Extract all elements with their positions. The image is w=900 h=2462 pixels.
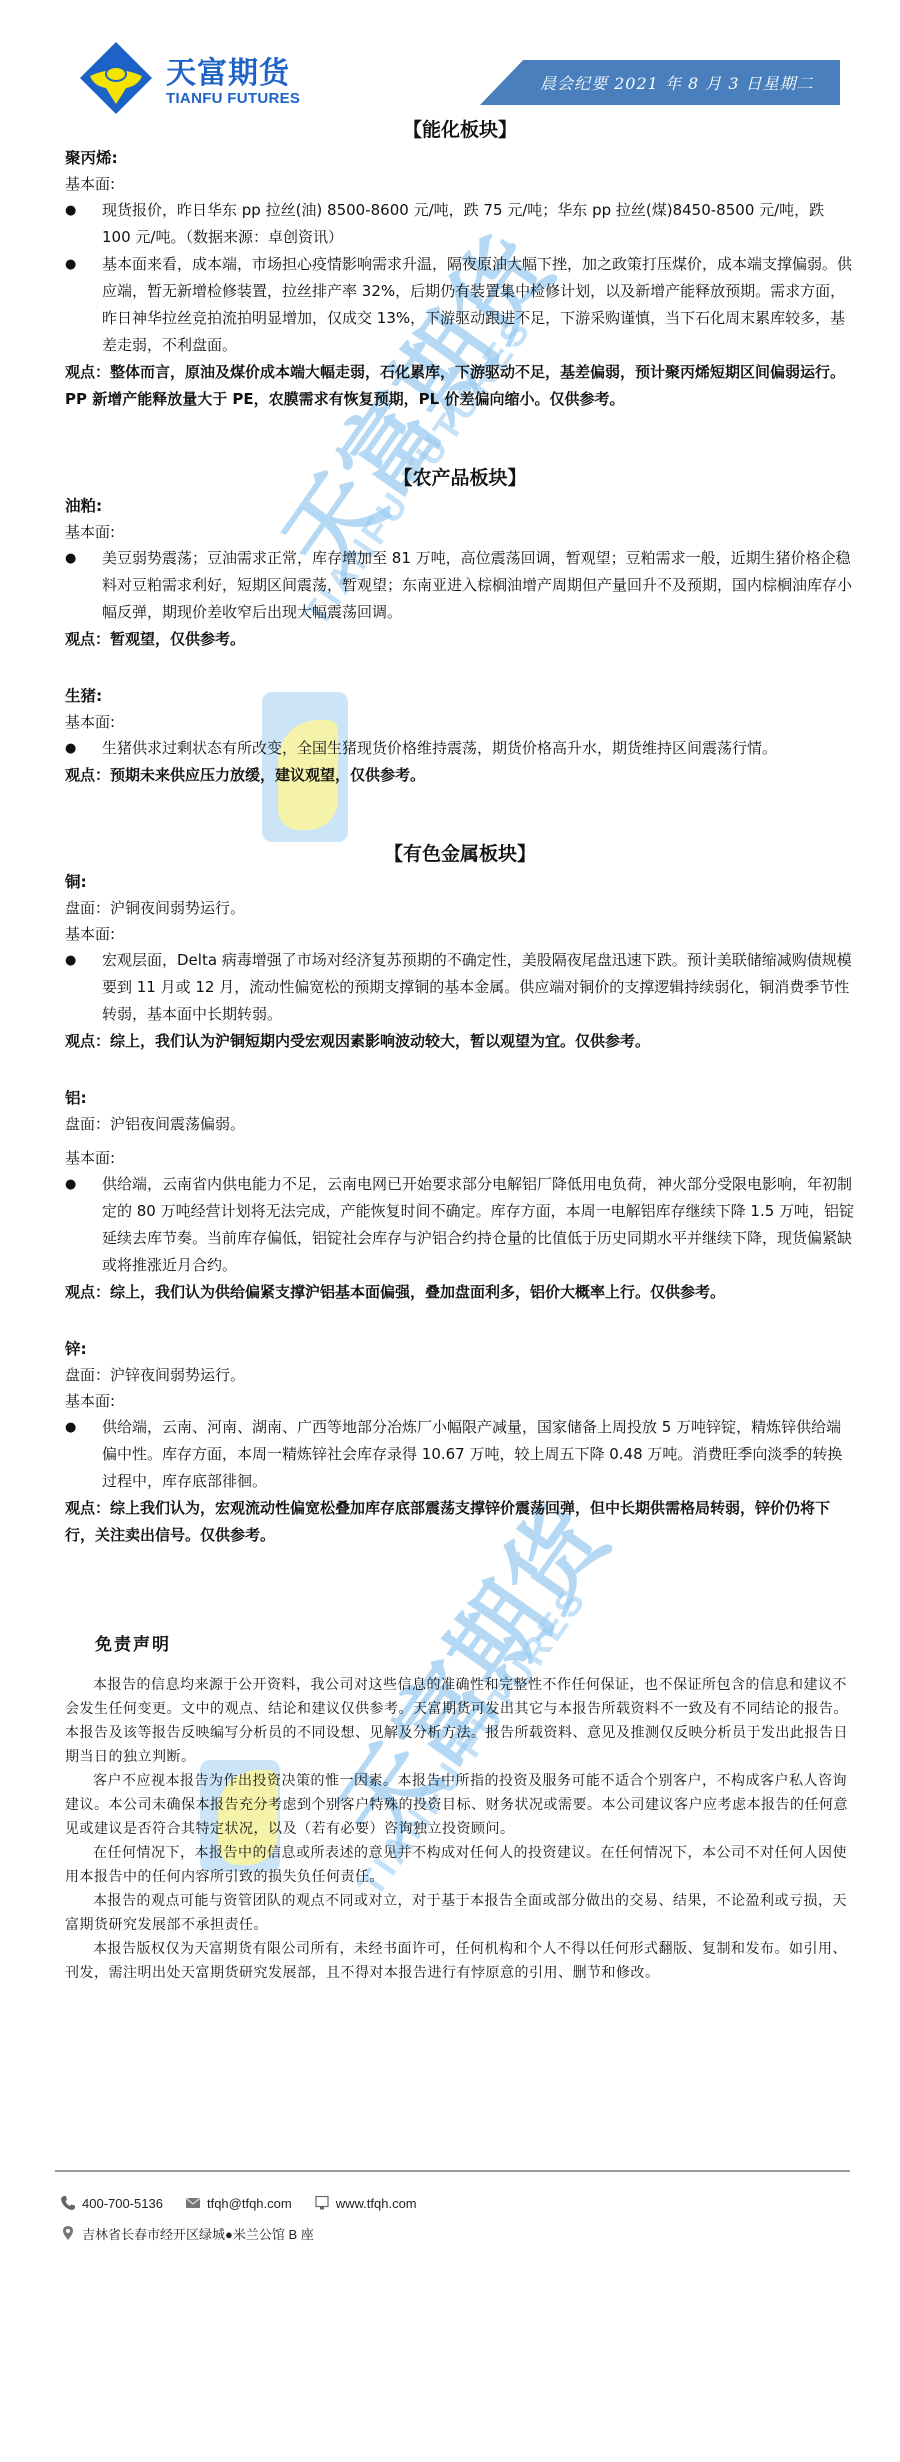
- report-content: 【能化板块】 聚丙烯: 基本面: 现货报价，昨日华东 pp 拉丝(油) 8500…: [65, 115, 855, 1549]
- footer-address: 吉林省长春市经开区绿城●米兰公馆 B 座: [60, 2224, 314, 2243]
- bullet-pp-spot-price: 现货报价，昨日华东 pp 拉丝(油) 8500-8600 元/吨，跌 75 元/…: [65, 197, 855, 251]
- bullet-pp-fundamentals: 基本面来看，成本端，市场担心疫情影响需求升温，隔夜原油大幅下挫，加之政策打压煤价…: [65, 251, 855, 359]
- market-copper: 盘面：沪铜夜间弱势运行。: [65, 895, 855, 921]
- address-text: 吉林省长春市经开区绿城●米兰公馆 B 座: [82, 2224, 314, 2243]
- item-title-polypropylene: 聚丙烯:: [65, 145, 855, 171]
- basic-label: 基本面:: [65, 921, 855, 947]
- phone-icon: [60, 2195, 76, 2211]
- market-aluminum: 盘面：沪铝夜间震荡偏弱。: [65, 1111, 855, 1137]
- report-page: 天富期货 TIANFU FUTURES 天富期货 TIANFU FUTURES …: [0, 0, 900, 2462]
- section-title-energy-chemical: 【能化板块】: [65, 115, 855, 145]
- view-oil-meal: 观点：暂观望，仅供参考。: [65, 626, 855, 653]
- bullet-copper: 宏观层面，Delta 病毒增强了市场对经济复苏预期的不确定性，美股隔夜尾盘迅速下…: [65, 947, 855, 1028]
- bullet-zinc: 供给端，云南、河南、湖南、广西等地部分冶炼厂小幅限产减量，国家储备上周投放 5 …: [65, 1414, 855, 1495]
- phone-number: 400-700-5136: [82, 2196, 163, 2211]
- location-pin-icon: [60, 2225, 76, 2241]
- basic-label: 基本面:: [65, 1145, 855, 1171]
- disclaimer-title: 免责声明: [95, 1630, 855, 1655]
- monitor-icon: [314, 2195, 330, 2211]
- disclaimer-paragraph: 本报告的观点可能与资管团队的观点不同或对立，对于基于本报告全面或部分做出的交易、…: [65, 1889, 855, 1937]
- logo-text-cn: 天富期货: [166, 48, 290, 92]
- view-zinc: 观点：综上我们认为，宏观流动性偏宽松叠加库存底部震荡支撑锌价震荡回弹，但中长期供…: [65, 1495, 855, 1549]
- basic-label: 基本面:: [65, 709, 855, 735]
- section-title-agriculture: 【农产品板块】: [65, 463, 855, 493]
- bullet-live-hog: 生猪供求过剩状态有所改变，全国生猪现货价格维持震荡，期货价格高升水，期货维持区间…: [65, 735, 855, 762]
- footer-phone: 400-700-5136: [60, 2195, 163, 2211]
- tianfu-logo-icon: [80, 42, 152, 114]
- view-pp: 观点：整体而言，原油及煤价成本端大幅走弱，石化累库，下游驱动不足，基差偏弱，预计…: [65, 359, 855, 413]
- disclaimer-paragraph: 本报告版权仅为天富期货有限公司所有，未经书面许可，任何机构和个人不得以任何形式翻…: [65, 1937, 855, 1985]
- disclaimer-paragraph: 本报告的信息均来源于公开资料，我公司对这些信息的准确性和完整性不作任何保证，也不…: [65, 1673, 855, 1769]
- view-copper: 观点：综上，我们认为沪铜短期内受宏观因素影响波动较大，暂以观望为宜。仅供参考。: [65, 1028, 855, 1055]
- disclaimer: 免责声明 本报告的信息均来源于公开资料，我公司对这些信息的准确性和完整性不作任何…: [65, 1630, 855, 1985]
- view-aluminum: 观点：综上，我们认为供给偏紧支撑沪铝基本面偏强，叠加盘面利多，铝价大概率上行。仅…: [65, 1279, 855, 1306]
- company-logo: 天富期货 TIANFU FUTURES: [80, 40, 320, 120]
- email-address[interactable]: tfqh@tfqh.com: [207, 2196, 292, 2211]
- basic-label: 基本面:: [65, 1388, 855, 1414]
- disclaimer-paragraph: 客户不应视本报告为作出投资决策的惟一因素。本报告中所指的投资及服务可能不适合个别…: [65, 1769, 855, 1841]
- view-live-hog: 观点：预期未来供应压力放缓，建议观望，仅供参考。: [65, 762, 855, 789]
- date-banner-text: 晨会纪要 2021 年 8 月 3 日星期二: [540, 71, 814, 94]
- bullet-oil-meal: 美豆弱势震荡；豆油需求正常，库存增加至 81 万吨，高位震荡回调，暂观望；豆粕需…: [65, 545, 855, 626]
- item-title-zinc: 锌:: [65, 1336, 855, 1362]
- mail-icon: [185, 2195, 201, 2211]
- item-title-copper: 铜:: [65, 869, 855, 895]
- footer-divider: [55, 2170, 850, 2172]
- basic-label: 基本面:: [65, 519, 855, 545]
- item-title-aluminum: 铝:: [65, 1085, 855, 1111]
- section-title-nonferrous: 【有色金属板块】: [65, 839, 855, 869]
- bullet-aluminum: 供给端，云南省内供电能力不足，云南电网已开始要求部分电解铝厂降低用电负荷，神火部…: [65, 1171, 855, 1279]
- item-title-live-hog: 生猪:: [65, 683, 855, 709]
- logo-text-en: TIANFU FUTURES: [166, 90, 300, 107]
- website-url[interactable]: www.tfqh.com: [336, 2196, 417, 2211]
- footer-email[interactable]: tfqh@tfqh.com: [185, 2195, 292, 2211]
- market-zinc: 盘面：沪锌夜间弱势运行。: [65, 1362, 855, 1388]
- basic-label: 基本面:: [65, 171, 855, 197]
- footer-contact: 400-700-5136 tfqh@tfqh.com www.tfqh.com: [60, 2190, 439, 2250]
- footer-website[interactable]: www.tfqh.com: [314, 2195, 417, 2211]
- item-title-oil-meal: 油粕:: [65, 493, 855, 519]
- disclaimer-paragraph: 在任何情况下，本报告中的信息或所表述的意见并不构成对任何人的投资建议。在任何情况…: [65, 1841, 855, 1889]
